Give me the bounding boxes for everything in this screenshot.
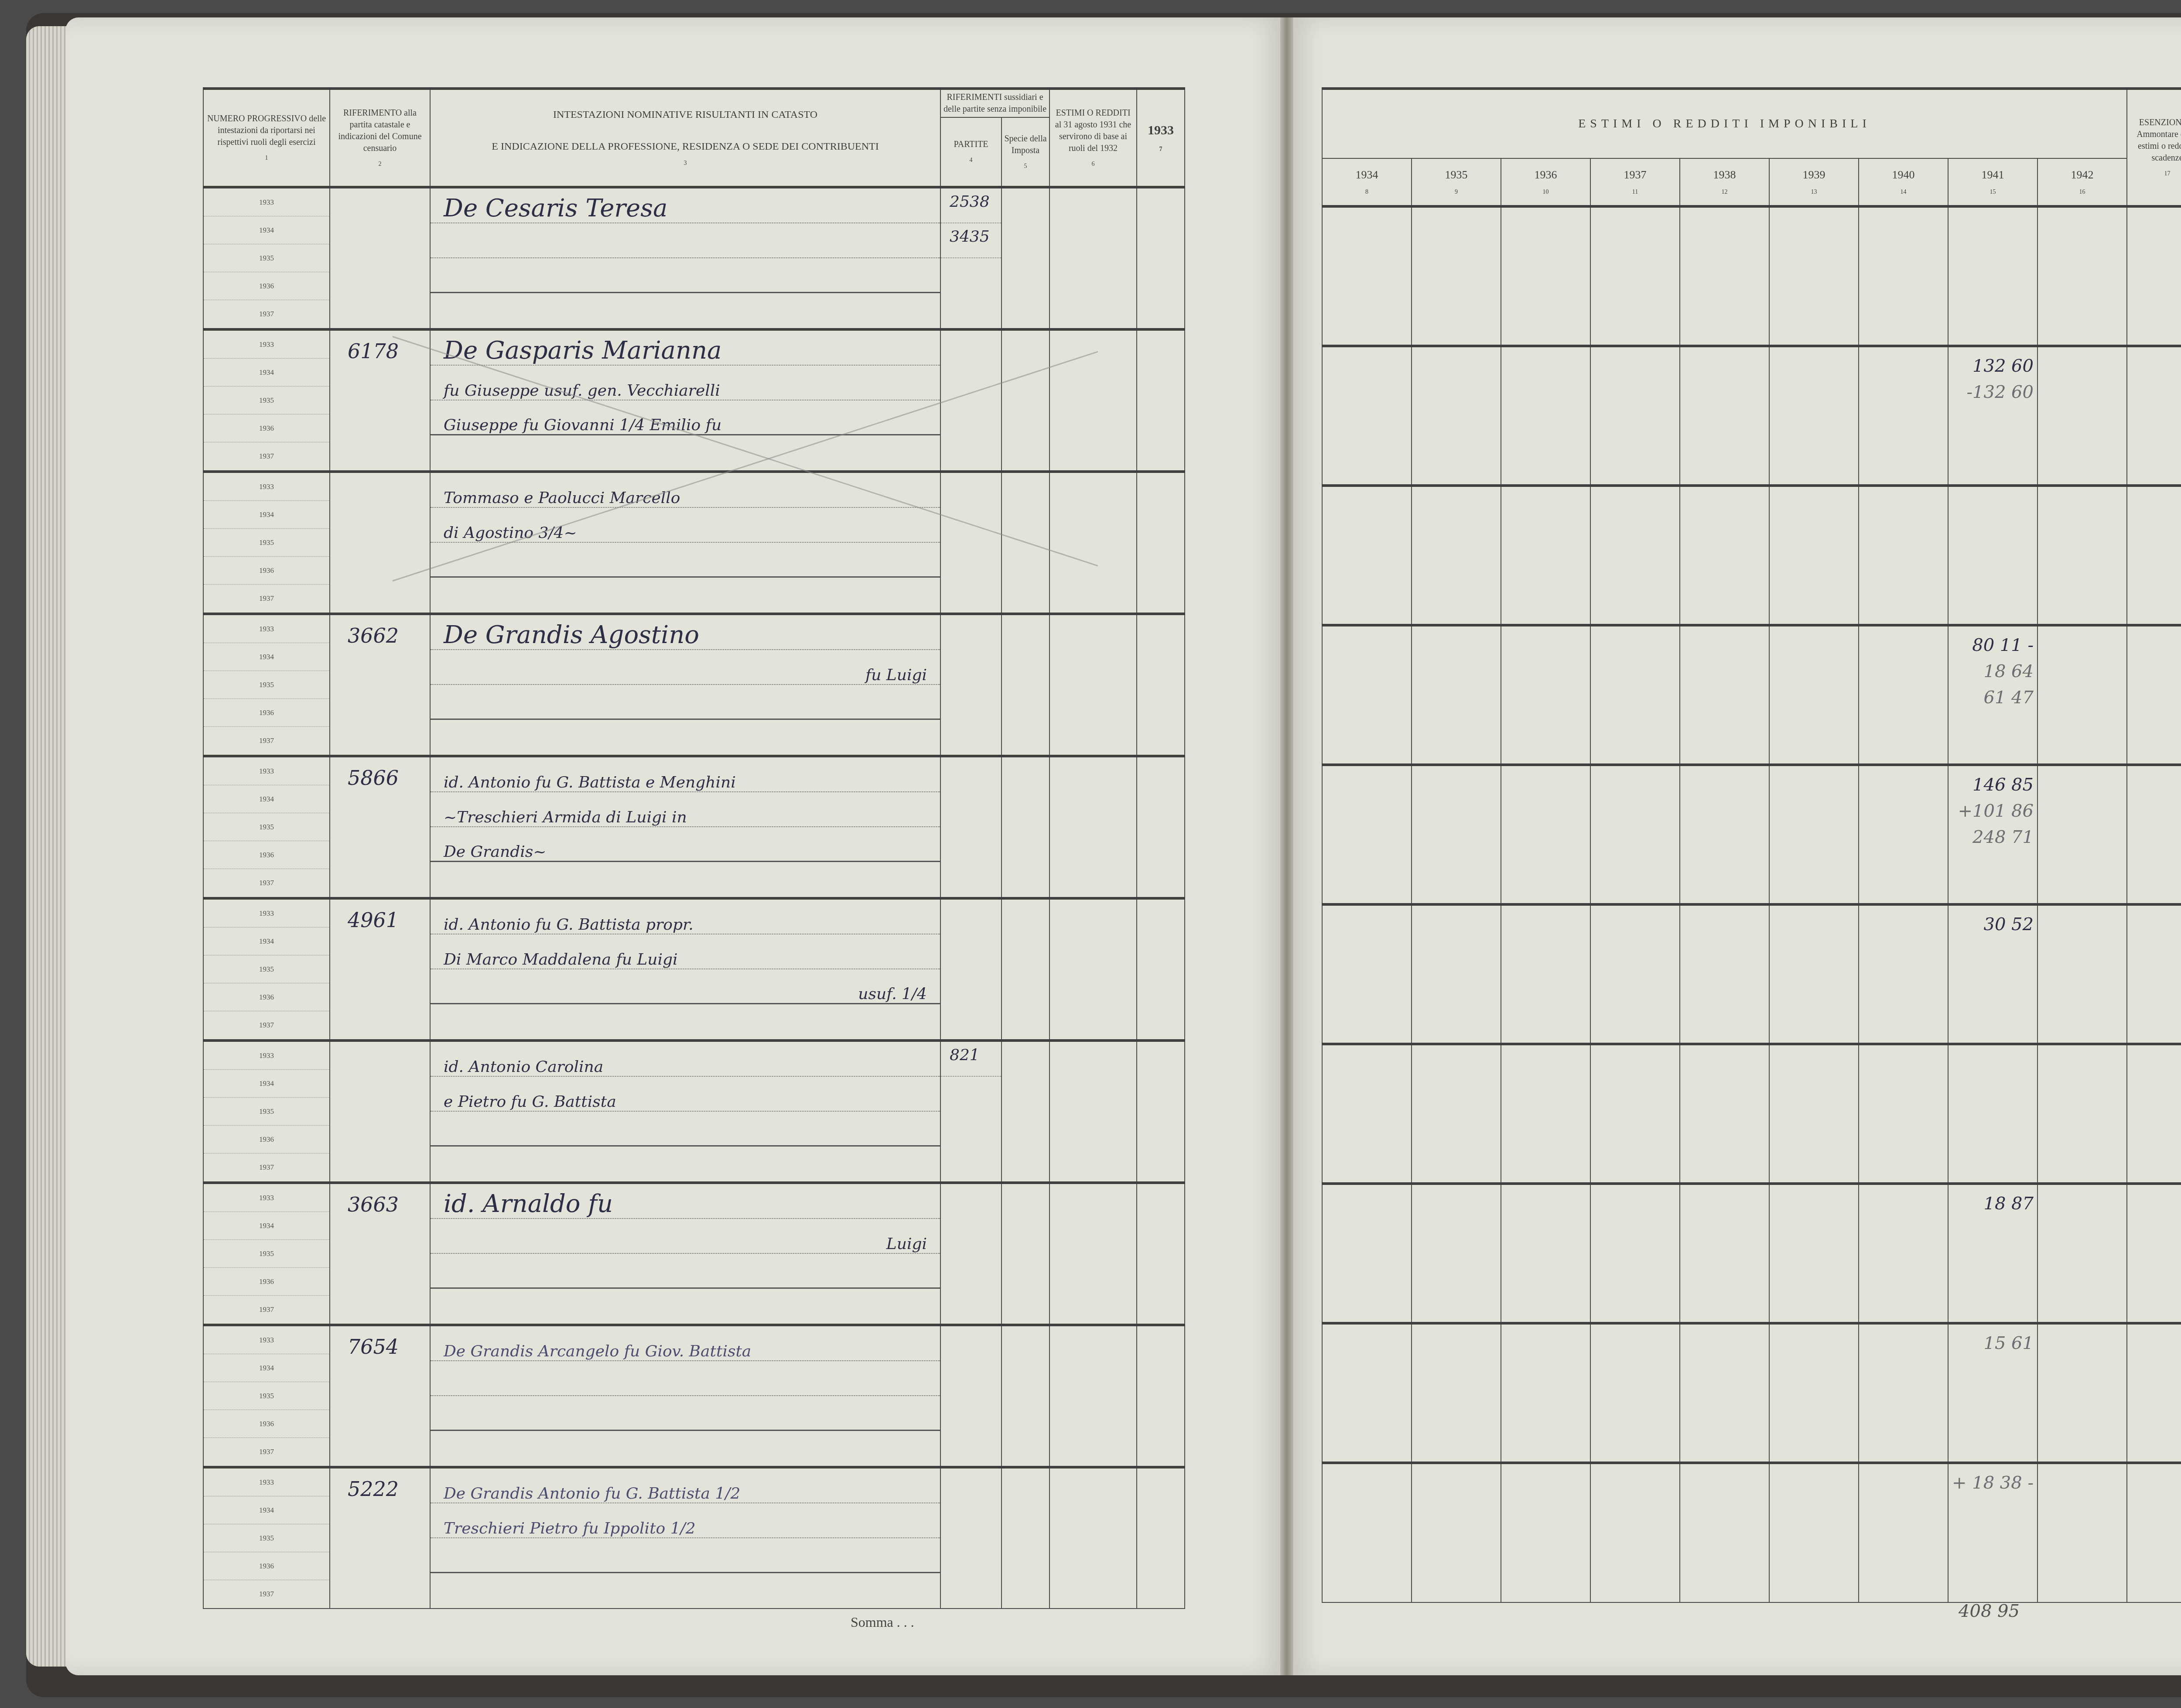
entry-1933 — [1137, 614, 1185, 756]
header-year-1940: 194014 — [1859, 158, 1948, 206]
register-entry-row: 19331934193519361937 3663 id. Arnaldo fu… — [203, 1183, 1185, 1325]
entry-1933 — [1137, 898, 1185, 1041]
left-register-table: NUMERO PROGRESSIVO delle intestazioni da… — [203, 87, 1185, 1609]
entry-specie — [1002, 614, 1049, 756]
entry-years: 19331934193519361937 — [203, 1325, 330, 1467]
estimi-row — [1322, 206, 2181, 346]
estimi-row: 18 87 — [1322, 1184, 2181, 1323]
header-intestazioni: INTESTAZIONI NOMINATIVE RISULTANTI IN CA… — [430, 89, 940, 187]
entry-estimi-1931 — [1049, 614, 1137, 756]
register-entry-row: 19331934193519361937 3662 De Grandis Ago… — [203, 614, 1185, 756]
entry-partite — [940, 1183, 1002, 1325]
header-year-1941: 194115 — [1948, 158, 2037, 206]
entry-specie — [1002, 898, 1049, 1041]
value-1941 — [1948, 206, 2037, 346]
header-year-1933: 19337 — [1137, 89, 1185, 187]
entry-specie — [1002, 756, 1049, 898]
entry-years: 19331934193519361937 — [203, 472, 330, 614]
entry-name: De Grandis Agostinofu Luigi — [430, 614, 940, 756]
header-estimi-1931: ESTIMI O REDDITI al 31 agosto 1931 che s… — [1049, 89, 1137, 187]
register-entry-row: 19331934193519361937 Tommaso e Paolucci … — [203, 472, 1185, 614]
entry-1933 — [1137, 1467, 1185, 1609]
header-riferimenti-sussidiari: RIFERIMENTI sussidiari e delle partite s… — [940, 89, 1049, 117]
entry-specie — [1002, 1183, 1049, 1325]
entry-1933 — [1137, 187, 1185, 329]
entry-name: De Grandis Arcangelo fu Giov. Battista — [430, 1325, 940, 1467]
value-1941: 18 87 — [1948, 1184, 2037, 1323]
header-esenzioni: ESENZIONI — Ammontare degli estimi o red… — [2127, 89, 2181, 206]
entry-specie — [1002, 1325, 1049, 1467]
entry-estimi-1931 — [1049, 1467, 1137, 1609]
header-year-1939: 193913 — [1769, 158, 1859, 206]
entry-partite — [940, 756, 1002, 898]
entry-name: id. Antonio Carolinae Pietro fu G. Batti… — [430, 1041, 940, 1183]
entry-partite: 25383435 — [940, 187, 1002, 329]
entry-estimi-1931 — [1049, 756, 1137, 898]
estimi-row — [1322, 1044, 2181, 1184]
entry-specie — [1002, 187, 1049, 329]
header-riferimento: RIFERIMENTO alla partita catastale e ind… — [330, 89, 430, 187]
estimi-row: 132 60-132 60 — [1322, 346, 2181, 486]
entry-years: 19331934193519361937 — [203, 329, 330, 472]
entry-1933 — [1137, 329, 1185, 472]
header-numero-progressivo: NUMERO PROGRESSIVO delle intestazioni da… — [203, 89, 330, 187]
entry-name: De Grandis Antonio fu G. Battista 1/2Tre… — [430, 1467, 940, 1609]
entry-name: De Gasparis Mariannafu Giuseppe usuf. ge… — [430, 329, 940, 472]
value-1941 — [1948, 1044, 2037, 1184]
register-entry-row: 19331934193519361937 De Cesaris Teresa 2… — [203, 187, 1185, 329]
entry-partite — [940, 1467, 1002, 1609]
entry-estimi-1931 — [1049, 329, 1137, 472]
entry-name: id. Antonio fu G. Battista e Menghini~Tr… — [430, 756, 940, 898]
register-entry-row: 19331934193519361937 4961 id. Antonio fu… — [203, 898, 1185, 1041]
entry-1933 — [1137, 1183, 1185, 1325]
register-entry-row: 19331934193519361937 id. Antonio Carolin… — [203, 1041, 1185, 1183]
header-year-1934: 19348 — [1322, 158, 1412, 206]
entry-partite — [940, 472, 1002, 614]
header-partite: PARTITE4 — [940, 117, 1002, 187]
entry-1933 — [1137, 756, 1185, 898]
register-entry-row: 19331934193519361937 6178 De Gasparis Ma… — [203, 329, 1185, 472]
entry-estimi-1931 — [1049, 1041, 1137, 1183]
entry-years: 19331934193519361937 — [203, 1041, 330, 1183]
header-estimi-imponibili: ESTIMI O REDDITI IMPONIBILI — [1322, 89, 2127, 158]
estimi-row: 15 61 — [1322, 1323, 2181, 1463]
right-register-table: ESTIMI O REDDITI IMPONIBILI ESENZIONI — … — [1322, 87, 2181, 1603]
entry-specie — [1002, 329, 1049, 472]
entry-name: id. Arnaldo fuLuigi — [430, 1183, 940, 1325]
estimi-row: 30 52 — [1322, 904, 2181, 1044]
entry-catasto-ref — [330, 472, 430, 614]
value-1941: 146 85+101 86248 71 — [1948, 765, 2037, 904]
entry-years: 19331934193519361937 — [203, 614, 330, 756]
estimi-row: 146 85+101 86248 71 — [1322, 765, 2181, 904]
entry-partite: 821 — [940, 1041, 1002, 1183]
entry-name: id. Antonio fu G. Battista propr.Di Marc… — [430, 898, 940, 1041]
header-year-1942: 194216 — [2037, 158, 2127, 206]
register-entry-row: 19331934193519361937 5222 De Grandis Ant… — [203, 1467, 1185, 1609]
entry-partite — [940, 614, 1002, 756]
register-entry-row: 19331934193519361937 7654 De Grandis Arc… — [203, 1325, 1185, 1467]
entry-estimi-1931 — [1049, 1183, 1137, 1325]
estimi-row: + 18 38 - — [1322, 1463, 2181, 1602]
entry-specie — [1002, 1467, 1049, 1609]
entry-estimi-1931 — [1049, 898, 1137, 1041]
header-year-1938: 193812 — [1680, 158, 1769, 206]
value-1941: 132 60-132 60 — [1948, 346, 2037, 486]
total-value: 408 95 — [1959, 1601, 2020, 1621]
entry-partite — [940, 1325, 1002, 1467]
entry-1933 — [1137, 472, 1185, 614]
value-1941: 15 61 — [1948, 1323, 2037, 1463]
entry-catasto-ref — [330, 1041, 430, 1183]
entry-specie — [1002, 1041, 1049, 1183]
entry-years: 19331934193519361937 — [203, 1467, 330, 1609]
entry-catasto-ref: 5866 — [330, 756, 430, 898]
entry-1933 — [1137, 1325, 1185, 1467]
entry-name: De Cesaris Teresa — [430, 187, 940, 329]
entry-years: 19331934193519361937 — [203, 187, 330, 329]
entry-estimi-1931 — [1049, 187, 1137, 329]
header-year-1935: 19359 — [1412, 158, 1501, 206]
entry-years: 19331934193519361937 — [203, 756, 330, 898]
entry-years: 19331934193519361937 — [203, 1183, 330, 1325]
entry-catasto-ref: 3663 — [330, 1183, 430, 1325]
entry-catasto-ref: 4961 — [330, 898, 430, 1041]
value-1941: 30 52 — [1948, 904, 2037, 1044]
entry-catasto-ref: 6178 — [330, 329, 430, 472]
total-label: Somma . . . — [851, 1614, 914, 1630]
entry-estimi-1931 — [1049, 1325, 1137, 1467]
right-header-row: ESTIMI O REDDITI IMPONIBILI ESENZIONI — … — [1322, 89, 2181, 158]
header-year-1937: 193711 — [1590, 158, 1680, 206]
estimi-row: 80 11 -18 6461 47 — [1322, 625, 2181, 765]
right-year-header-row: 19348 19359 193610 193711 193812 193913 … — [1322, 158, 2181, 206]
value-1941 — [1948, 486, 2037, 625]
book-gutter — [1280, 17, 1293, 1675]
register-entry-row: 19331934193519361937 5866 id. Antonio fu… — [203, 756, 1185, 898]
entry-partite — [940, 898, 1002, 1041]
entry-estimi-1931 — [1049, 472, 1137, 614]
estimi-row — [1322, 486, 2181, 625]
entry-1933 — [1137, 1041, 1185, 1183]
entry-catasto-ref: 3662 — [330, 614, 430, 756]
entry-catasto-ref: 5222 — [330, 1467, 430, 1609]
entry-catasto-ref: 7654 — [330, 1325, 430, 1467]
header-year-1936: 193610 — [1501, 158, 1590, 206]
value-1941: + 18 38 - — [1948, 1463, 2037, 1602]
header-specie-imposta: Specie della Imposta5 — [1002, 117, 1049, 187]
entry-years: 19331934193519361937 — [203, 898, 330, 1041]
value-1941: 80 11 -18 6461 47 — [1948, 625, 2037, 765]
left-header-row: NUMERO PROGRESSIVO delle intestazioni da… — [203, 89, 1185, 117]
entry-catasto-ref — [330, 187, 430, 329]
